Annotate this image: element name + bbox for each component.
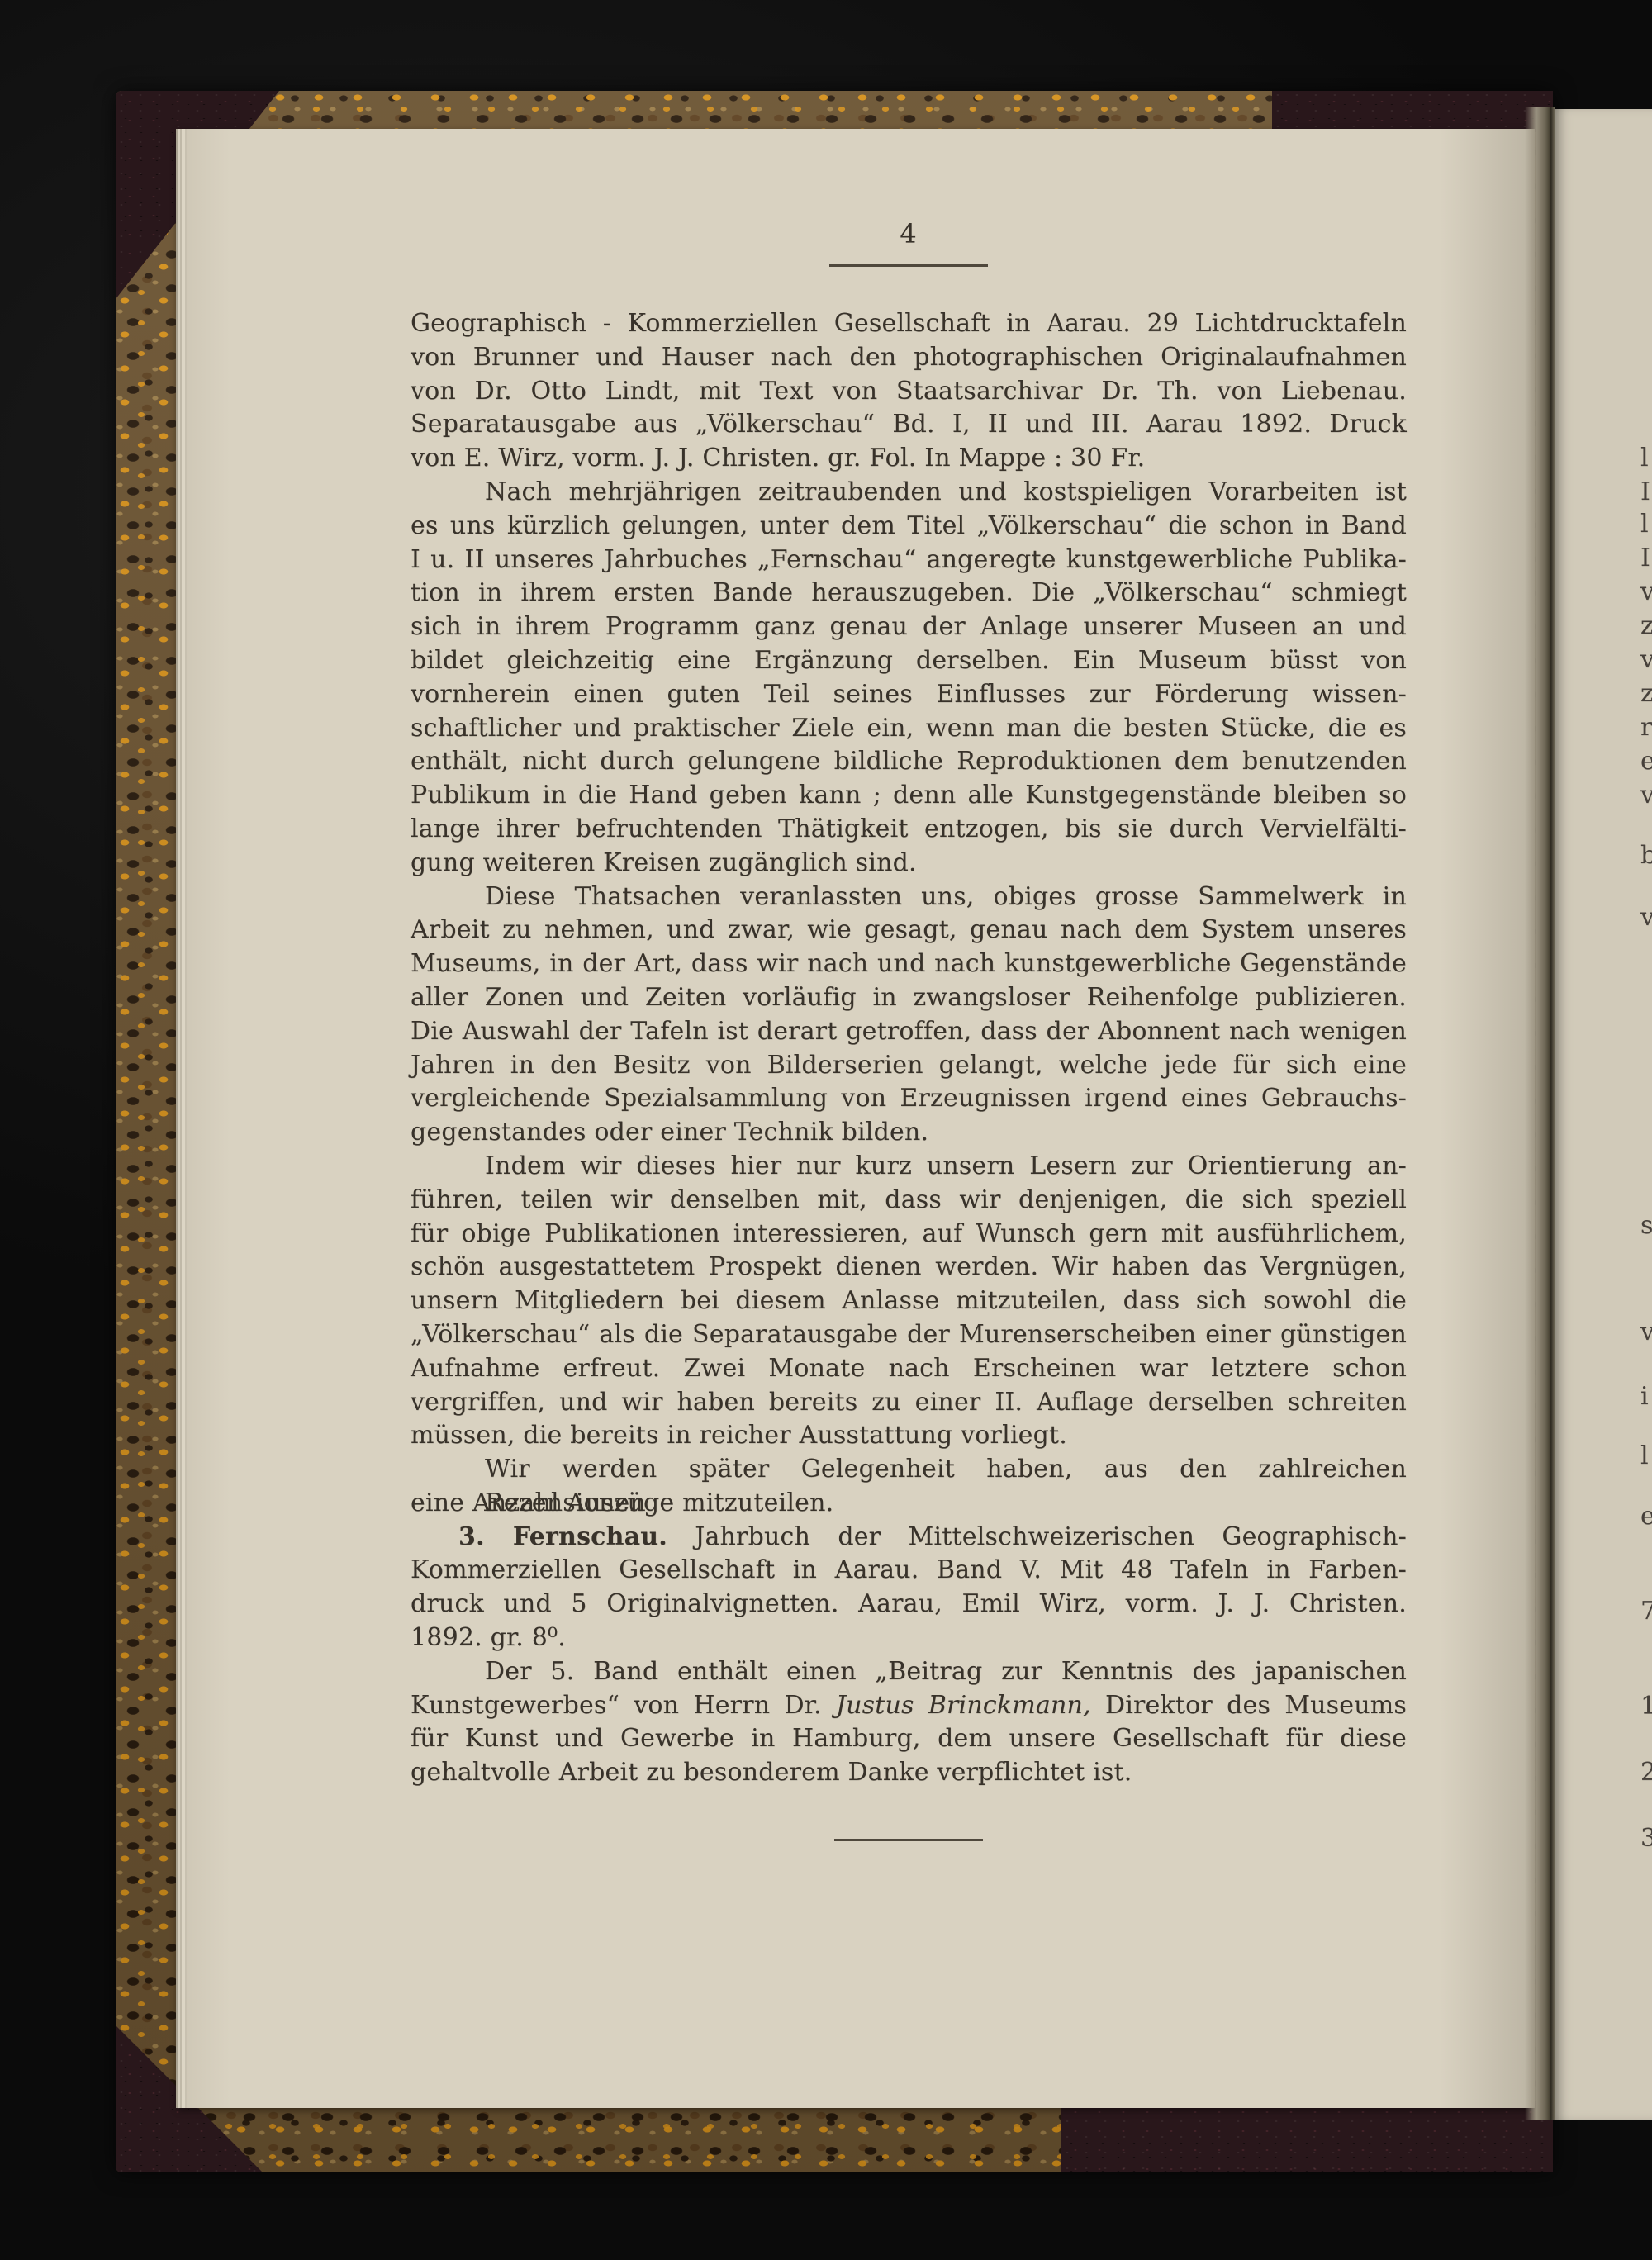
clipped-text-fragment: I [1640, 479, 1652, 506]
text-segment: Jahren in den Besitz von Bilderserien ge… [411, 1051, 1407, 1080]
text-segment: Separatausgabe aus „Völkerschau“ Bd. I, … [411, 410, 1407, 439]
text-segment: vornherein einen guten Teil seines Einfl… [411, 680, 1407, 709]
text-line: Museums, in der Art, dass wir nach und n… [411, 947, 1407, 981]
text-line: Die Auswahl der Tafeln ist derart getrof… [411, 1015, 1407, 1049]
page-number-rule [829, 264, 988, 267]
text-segment: Museums, in der Art, dass wir nach und n… [411, 949, 1407, 978]
text-segment: bildet gleichzeitig eine Ergänzung derse… [411, 646, 1407, 675]
text-line: gehaltvolle Arbeit zu besonderem Danke v… [411, 1756, 1407, 1790]
text-segment: Arbeit zu nehmen, und zwar, wie gesagt, … [411, 915, 1407, 944]
text-segment: tion in ihrem ersten Bande herauszugeben… [411, 578, 1407, 607]
text-segment: Die Auswahl der Tafeln ist derart getrof… [411, 1017, 1407, 1046]
text-line: tion in ihrem ersten Bande herauszugeben… [411, 577, 1407, 610]
text-line: vergleichende Spezialsammlung von Erzeug… [411, 1082, 1407, 1116]
text-segment: müssen, die bereits in reicher Ausstattu… [411, 1421, 1067, 1450]
text-segment: gehaltvolle Arbeit zu besonderem Danke v… [411, 1758, 1132, 1787]
text-line: Kommerziellen Gesellschaft in Aarau. Ban… [411, 1554, 1407, 1588]
clipped-text-fragment: v [1640, 1319, 1652, 1346]
section-end-rule [834, 1839, 983, 1841]
clipped-text-fragment: 7 [1640, 1598, 1652, 1625]
scanned-book-photograph: { "meta": { "page_number": "4" }, "color… [0, 0, 1652, 2260]
clipped-text-fragment: 2 [1640, 1759, 1652, 1786]
clipped-text-fragment: v [1640, 782, 1652, 809]
text-segment: Indem wir dieses hier nur kurz unsern Le… [485, 1151, 1407, 1180]
text-segment: I u. II unseres Jahrbuches „Fernschau“ a… [411, 545, 1407, 574]
body-text: Geographisch - Kommerziellen Gesellschaf… [411, 307, 1407, 1790]
text-line: Wir werden später Gelegenheit haben, aus… [411, 1453, 1407, 1487]
clipped-text-fragment: i [1640, 1384, 1652, 1410]
page-stack-edge [176, 129, 191, 2108]
text-segment: Publikum in die Hand geben kann ; denn a… [411, 781, 1407, 810]
clipped-text-fragment: v [1640, 904, 1652, 931]
text-line: führen, teilen wir denselben mit, dass w… [411, 1184, 1407, 1218]
text-segment: von E. Wirz, vorm. J. J. Christen. gr. F… [411, 444, 1145, 472]
text-segment: unsern Mitgliedern bei diesem Anlasse mi… [411, 1286, 1407, 1315]
bold-entry-label: 3. Fernschau. [458, 1522, 667, 1551]
clipped-text-fragment: l [1640, 1443, 1652, 1469]
text-line: bildet gleichzeitig eine Ergänzung derse… [411, 644, 1407, 678]
text-segment: Nach mehrjährigen zeitraubenden und kost… [485, 477, 1407, 506]
text-segment: aller Zonen und Zeiten vorläufig in zwan… [411, 983, 1407, 1012]
text-line: schön ausgestattetem Prospekt dienen wer… [411, 1251, 1407, 1284]
text-segment: lange ihrer befruchtenden Thätigkeit ent… [411, 814, 1407, 843]
clipped-text-fragment: I [1640, 545, 1652, 572]
text-line: für Kunst und Gewerbe in Hamburg, dem un… [411, 1722, 1407, 1756]
text-segment: Aufnahme erfreut. Zwei Monate nach Ersch… [411, 1354, 1407, 1383]
book-gutter-shadow [1525, 107, 1555, 2120]
clipped-text-fragment: 3 [1640, 1826, 1652, 1852]
text-segment: für Kunst und Gewerbe in Hamburg, dem un… [411, 1724, 1407, 1753]
text-line: eine Anzahl Auszüge mitzuteilen. [411, 1487, 1407, 1521]
page-number: 4 [411, 218, 1407, 249]
leather-spine-edge-top [1272, 91, 1553, 132]
facing-page-sliver: lIlIvzvzrevbvsvile7123 [1555, 109, 1652, 2120]
text-line: Geographisch - Kommerziellen Gesellschaf… [411, 307, 1407, 341]
text-segment: führen, teilen wir denselben mit, dass w… [411, 1185, 1407, 1214]
text-segment: Kommerziellen Gesellschaft in Aarau. Ban… [411, 1555, 1407, 1584]
clipped-text-fragment: 1 [1640, 1693, 1652, 1720]
text-line: gegenstandes oder einer Technik bilden. [411, 1116, 1407, 1150]
text-segment: 1892. gr. 8⁰. [411, 1623, 566, 1652]
leather-spine-edge-bottom [1061, 2101, 1553, 2172]
text-line: „Völkerschau“ als die Separatausgabe der… [411, 1318, 1407, 1352]
text-segment: enthält, nicht durch gelungene bildliche… [411, 747, 1407, 776]
text-line: von Dr. Otto Lindt, mit Text von Staatsa… [411, 375, 1407, 409]
text-segment: Der 5. Band enthält einen „Beitrag zur K… [485, 1657, 1407, 1686]
clipped-text-fragment: v [1640, 579, 1652, 605]
text-segment: druck und 5 Originalvignetten. Aarau, Em… [411, 1589, 1407, 1618]
text-line: Diese Thatsachen veranlassten uns, obige… [411, 881, 1407, 914]
text-line: von E. Wirz, vorm. J. J. Christen. gr. F… [411, 442, 1407, 476]
clipped-text-fragment: b [1640, 843, 1652, 869]
text-line: schaftlicher und praktischer Ziele ein, … [411, 712, 1407, 746]
text-line: 1892. gr. 8⁰. [411, 1621, 1407, 1655]
text-line: Arbeit zu nehmen, und zwar, wie gesagt, … [411, 914, 1407, 947]
text-line: lange ihrer befruchtenden Thätigkeit ent… [411, 813, 1407, 847]
text-line: enthält, nicht durch gelungene bildliche… [411, 745, 1407, 779]
text-segment: Jahrbuch der Mittelschweizerischen Geogr… [667, 1522, 1407, 1551]
text-line: Jahren in den Besitz von Bilderserien ge… [411, 1049, 1407, 1083]
text-line: von Brunner und Hauser nach den photogra… [411, 341, 1407, 375]
text-line: Der 5. Band enthält einen „Beitrag zur K… [411, 1655, 1407, 1689]
text-line: unsern Mitgliedern bei diesem Anlasse mi… [411, 1284, 1407, 1318]
text-line: 3. Fernschau. Jahrbuch der Mittelschweiz… [411, 1521, 1407, 1555]
text-line: für obige Publikationen interessieren, a… [411, 1218, 1407, 1251]
text-line: Nach mehrjährigen zeitraubenden und kost… [411, 476, 1407, 510]
text-segment: vergleichende Spezialsammlung von Erzeug… [411, 1084, 1407, 1113]
clipped-text-fragment: l [1640, 445, 1652, 472]
text-segment: Geographisch - Kommerziellen Gesellschaf… [411, 309, 1407, 338]
text-line: gung weiteren Kreisen zugänglich sind. [411, 847, 1407, 881]
text-line: vornherein einen guten Teil seines Einfl… [411, 678, 1407, 712]
text-segment: „Völkerschau“ als die Separatausgabe der… [411, 1320, 1407, 1349]
text-segment: Kunstgewerbes“ von Herrn Dr. [411, 1691, 836, 1720]
clipped-text-fragment: l [1640, 511, 1652, 538]
text-line: Publikum in die Hand geben kann ; denn a… [411, 779, 1407, 813]
clipped-text-fragment: e [1640, 1503, 1652, 1530]
text-line: Aufnahme erfreut. Zwei Monate nach Ersch… [411, 1352, 1407, 1386]
text-line: es uns kürzlich gelungen, unter dem Tite… [411, 510, 1407, 544]
text-line: Kunstgewerbes“ von Herrn Dr. Justus Brin… [411, 1689, 1407, 1723]
text-line: Separatausgabe aus „Völkerschau“ Bd. I, … [411, 408, 1407, 442]
text-segment: gegenstandes oder einer Technik bilden. [411, 1118, 928, 1147]
text-line: aller Zonen und Zeiten vorläufig in zwan… [411, 981, 1407, 1015]
text-segment: es uns kürzlich gelungen, unter dem Tite… [411, 511, 1407, 540]
clipped-text-fragment: e [1640, 748, 1652, 775]
clipped-text-fragment: z [1640, 613, 1652, 639]
text-line: müssen, die bereits in reicher Ausstattu… [411, 1419, 1407, 1453]
clipped-text-fragment: r [1640, 715, 1652, 741]
text-segment: schaftlicher und praktischer Ziele ein, … [411, 714, 1407, 743]
clipped-text-fragment: z [1640, 681, 1652, 707]
text-segment: für obige Publikationen interessieren, a… [411, 1219, 1407, 1248]
clipped-text-fragment: v [1640, 647, 1652, 673]
text-segment: eine Anzahl Auszüge mitzuteilen. [411, 1488, 833, 1517]
italic-name: Justus Brinckmann, [836, 1691, 1091, 1720]
text-segment: von Brunner und Hauser nach den photogra… [411, 343, 1407, 372]
text-line: druck und 5 Originalvignetten. Aarau, Em… [411, 1588, 1407, 1621]
text-segment: sich in ihrem Programm ganz genau der An… [411, 612, 1407, 641]
text-segment: gung weiteren Kreisen zugänglich sind. [411, 848, 917, 877]
text-line: Indem wir dieses hier nur kurz unsern Le… [411, 1150, 1407, 1184]
text-segment: Diese Thatsachen veranlassten uns, obige… [485, 882, 1407, 911]
text-line: sich in ihrem Programm ganz genau der An… [411, 610, 1407, 644]
text-segment: schön ausgestattetem Prospekt dienen wer… [411, 1252, 1407, 1281]
text-line: vergriffen, und wir haben bereits zu ein… [411, 1386, 1407, 1420]
book-page: 4 Geographisch - Kommerziellen Gesellsch… [176, 129, 1535, 2108]
text-segment: von Dr. Otto Lindt, mit Text von Staatsa… [411, 377, 1407, 406]
text-segment: Direktor des Museums [1091, 1691, 1407, 1720]
text-segment: vergriffen, und wir haben bereits zu ein… [411, 1388, 1407, 1417]
clipped-text-fragment: s [1640, 1213, 1652, 1239]
text-line: I u. II unseres Jahrbuches „Fernschau“ a… [411, 544, 1407, 577]
